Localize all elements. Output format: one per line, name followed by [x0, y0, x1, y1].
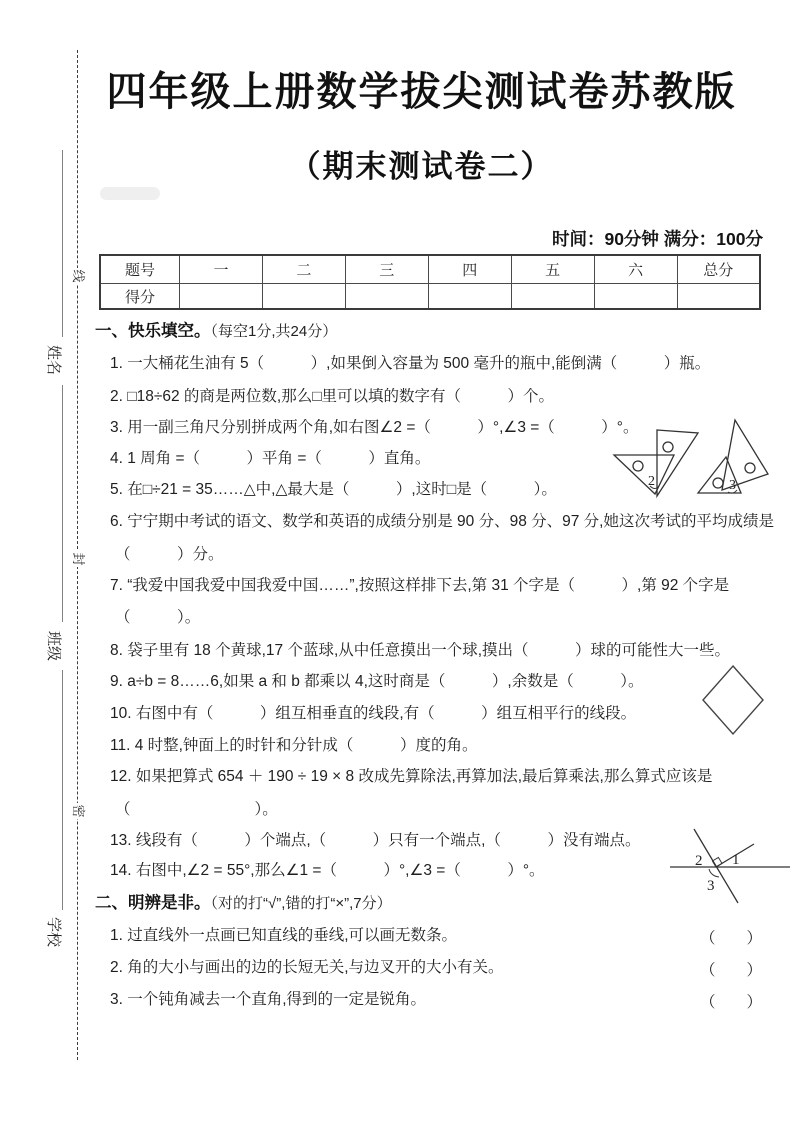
- fill-question-12-cont: （ ）。: [115, 800, 278, 820]
- score-blank-cell: [677, 284, 760, 310]
- section1-heading-note: （每空1分,共24分）: [211, 323, 338, 340]
- fill-question-11: 11. 4 时整,钟面上的时针和分针成（ ）度的角。: [110, 736, 477, 756]
- tf-answer-slot-3: （ ）: [700, 990, 762, 1012]
- name-label: 姓名: [45, 342, 61, 378]
- score-blank-cell: [511, 284, 594, 310]
- fill-question-2: 2. □18÷62 的商是两位数,那么□里可以填的数字有（ ）个。: [110, 387, 554, 407]
- angle-2-label: 2: [648, 474, 655, 489]
- seal-char-feng: 封: [69, 551, 87, 567]
- score-table-header-row: 题号 一 二 三 四 五 六 总分: [100, 255, 760, 284]
- fill-question-6: 6. 宁宁期中考试的语文、数学和英语的成绩分别是 90 分、98 分、97 分,…: [110, 512, 774, 532]
- section1-heading: 一、快乐填空。（每空1分,共24分）: [95, 321, 337, 342]
- section2-heading: 二、明辨是非。（对的打“√”,错的打“×”,7分）: [95, 893, 392, 914]
- section2-heading-title: 二、明辨是非。: [95, 894, 211, 912]
- name-write-line: [62, 150, 63, 337]
- score-table-score-row: 得分: [100, 284, 760, 310]
- score-table-header-cell: 六: [594, 255, 677, 284]
- diamond-figure: [700, 663, 766, 737]
- fill-question-8: 8. 袋子里有 18 个黄球,17 个蓝球,从中任意摸出一个球,摸出（ ）球的可…: [110, 641, 730, 661]
- score-table-header-cell: 三: [345, 255, 428, 284]
- score-blank-cell: [345, 284, 428, 310]
- fill-question-7-cont: （ ）。: [115, 608, 200, 628]
- school-label: 学校: [45, 914, 61, 950]
- score-blank-cell: [594, 284, 677, 310]
- tf-answer-slot-2: （ ）: [700, 958, 762, 980]
- score-blank-cell: [262, 284, 345, 310]
- test-paper-page: 线 封 密 姓名 班级 学校 四年级上册数学拔尖测试卷苏教版 （期末测试卷二） …: [0, 0, 793, 1122]
- seal-char-xian: 线: [69, 268, 87, 284]
- section1-heading-title: 一、快乐填空。: [95, 322, 211, 340]
- fill-question-5: 5. 在□÷21 = 35……△中,△最大是（ ）,这时□是（ ）。: [110, 480, 557, 500]
- set-squares-figure: 2 3: [598, 410, 793, 514]
- fill-question-4: 4. 1 周角 =（ ）平角 =（ ）直角。: [110, 449, 430, 469]
- angle-1-label: 1: [732, 852, 740, 868]
- class-label: 班级: [45, 628, 61, 664]
- score-table-header-cell: 四: [428, 255, 511, 284]
- section2-heading-note: （对的打“√”,错的打“×”,7分）: [211, 895, 392, 912]
- crossing-lines-figure: 2 1 3: [662, 812, 793, 907]
- tf-question-3: 3. 一个钝角减去一个直角,得到的一定是锐角。: [110, 990, 426, 1010]
- tf-question-1: 1. 过直线外一点画已知直线的垂线,可以画无数条。: [110, 926, 457, 946]
- seal-char-mi: 密: [69, 803, 87, 819]
- fill-question-3: 3. 用一副三角尺分别拼成两个角,如右图∠2 =（ ）°,∠3 =（ ）°。: [110, 418, 639, 438]
- score-blank-cell: [180, 284, 263, 310]
- fill-question-10: 10. 右图中有（ ）组互相垂直的线段,有（ ）组互相平行的线段。: [110, 704, 636, 724]
- score-table-header-cell: 二: [262, 255, 345, 284]
- class-write-line: [62, 385, 63, 622]
- scan-smudge: [100, 187, 160, 200]
- fill-question-9: 9. a÷b = 8……6,如果 a 和 b 都乘以 4,这时商是（ ）,余数是…: [110, 672, 643, 692]
- fill-question-13: 13. 线段有（ ）个端点,（ ）只有一个端点,（ ）没有端点。: [110, 831, 640, 851]
- paper-title: 四年级上册数学拔尖测试卷苏教版: [78, 60, 765, 117]
- fill-question-7: 7. “我爱中国我爱中国我爱中国……”,按照这样排下去,第 31 个字是（ ）,…: [110, 576, 729, 596]
- tf-question-2: 2. 角的大小与画出的边的长短无关,与边叉开的大小有关。: [110, 958, 504, 978]
- paper-subtitle: （期末测试卷二）: [78, 141, 765, 186]
- time-score-info: 时间：90分钟 满分：100分: [552, 226, 763, 251]
- school-write-line: [62, 670, 63, 910]
- tf-answer-slot-1: （ ）: [700, 926, 762, 948]
- angle-2-label: 2: [695, 853, 703, 869]
- fill-question-6-cont: （ ）分。: [115, 545, 224, 565]
- score-blank-cell: [428, 284, 511, 310]
- score-table-header-cell: 总分: [677, 255, 760, 284]
- fill-question-1: 1. 一大桶花生油有 5（ ）,如果倒入容量为 500 毫升的瓶中,能倒满（ ）…: [110, 354, 710, 374]
- score-table-header-cell: 五: [511, 255, 594, 284]
- score-table-header-cell: 题号: [100, 255, 180, 284]
- angle-3-label: 3: [707, 878, 715, 894]
- angle-3-label: 3: [729, 478, 736, 493]
- fill-question-14: 14. 右图中,∠2 = 55°,那么∠1 =（ ）°,∠3 =（ ）°。: [110, 861, 545, 881]
- score-table: 题号 一 二 三 四 五 六 总分 得分: [99, 254, 761, 310]
- score-table-header-cell: 一: [180, 255, 263, 284]
- fill-question-12: 12. 如果把算式 654 ＋ 190 ÷ 19 × 8 改成先算除法,再算加法…: [110, 767, 712, 787]
- score-label-cell: 得分: [100, 284, 180, 310]
